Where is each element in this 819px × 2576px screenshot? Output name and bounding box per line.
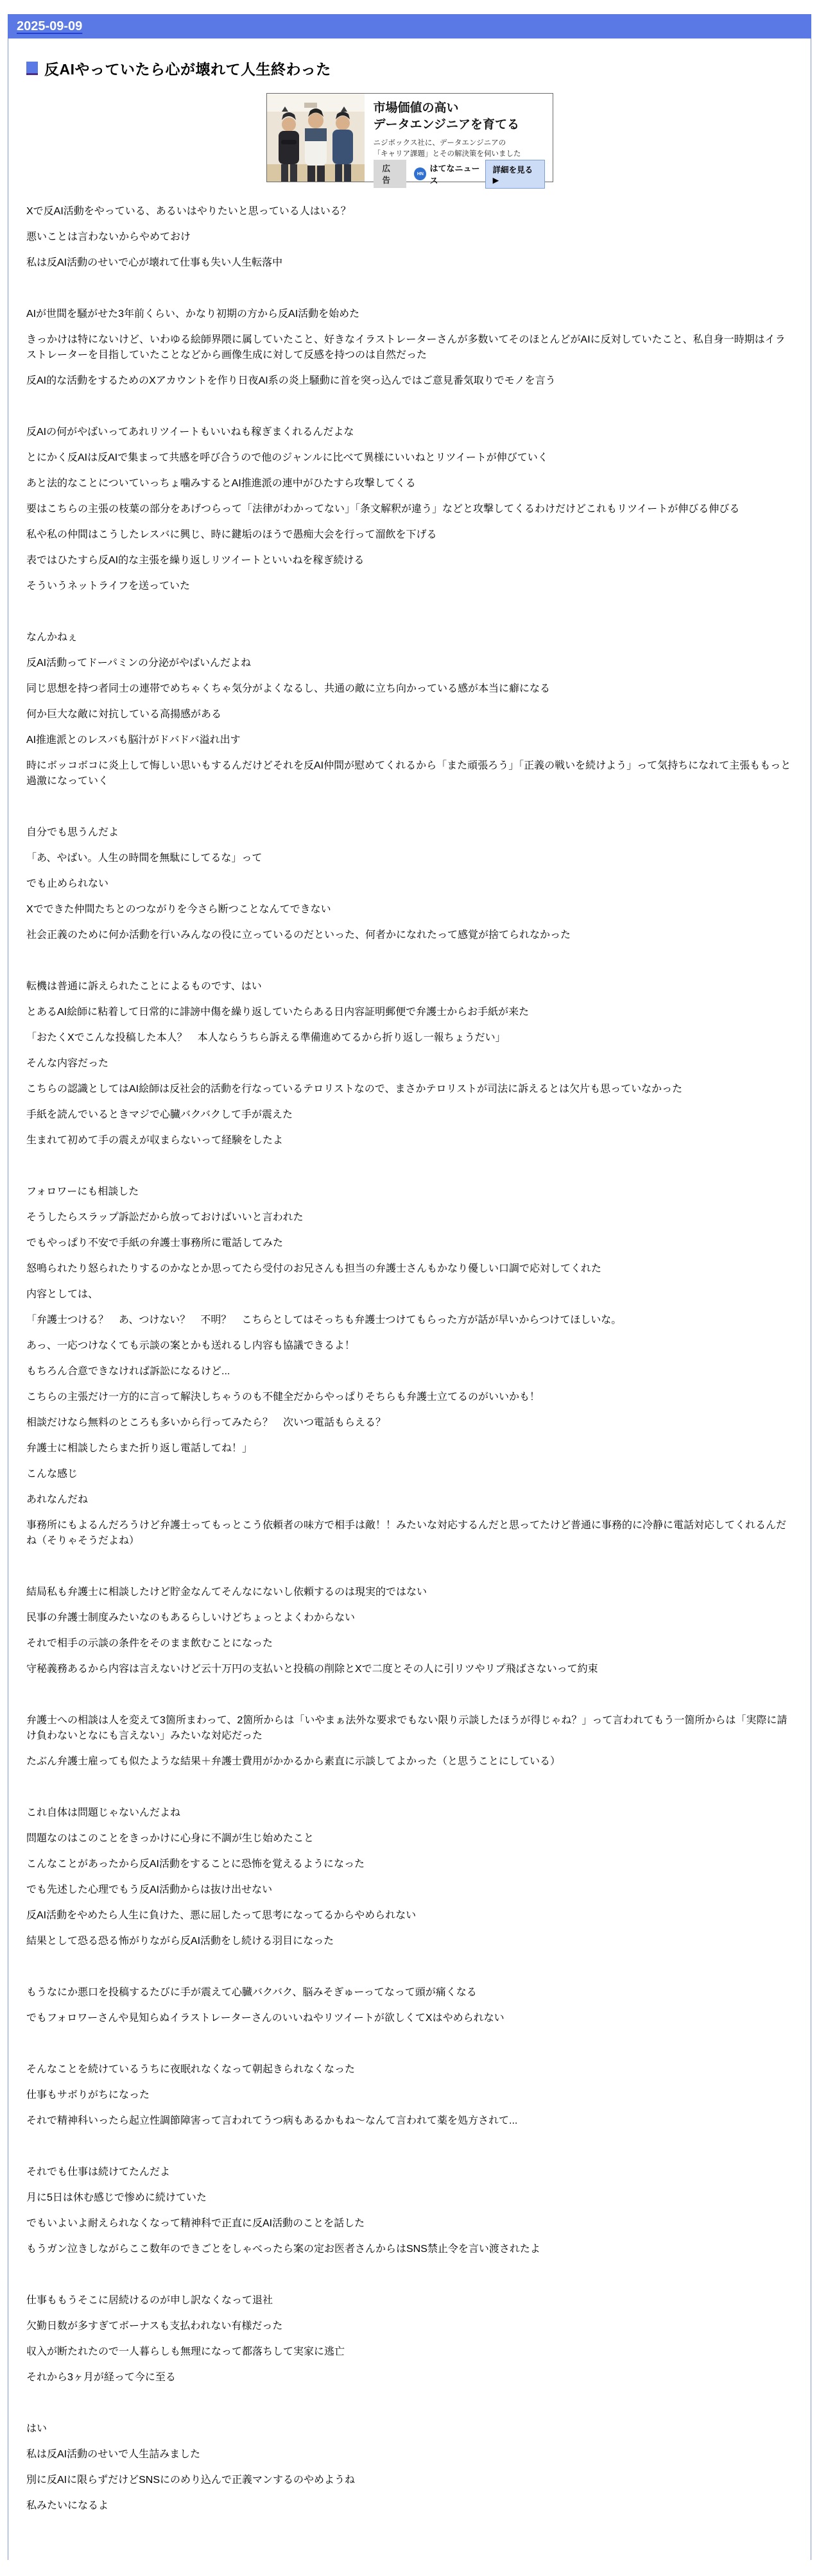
paragraph: フォロワーにも相談した xyxy=(26,1184,793,1200)
paragraph: こんなことがあったから反AI活動をすることに恐怖を覚えるようになった xyxy=(26,1857,793,1872)
ad-headline-line2: データエンジニアを育てる xyxy=(374,117,545,133)
paragraph: 内容としては、 xyxy=(26,1287,793,1302)
paragraph: これ自体は問題じゃないんだよね xyxy=(26,1805,793,1821)
paragraph: それで精神科いったら起立性調節障害って言われてうつ病もあるかもね～なんて言われて… xyxy=(26,2113,793,2129)
paragraph: 相談だけなら無料のところも多いから行ってみたら？ 次いつ電話もらえる？ xyxy=(26,1415,793,1431)
paragraph: 要はこちらの主張の枝葉の部分をあげつらって「法律がわかってない」「条文解釈が違う… xyxy=(26,502,793,517)
paragraph: 結局私も弁護士に相談したけど貯金なんてそんなにないし依頼するのは現実的ではない xyxy=(26,1585,793,1600)
paragraph: 転機は普通に訴えられたことによるものです、はい xyxy=(26,979,793,994)
paragraph: こちらの認識としてはAI絵師は反社会的活動を行なっているテロリストなので、まさか… xyxy=(26,1082,793,1097)
paragraph: 社会正義のために何か活動を行いみんなの役に立っているのだといった、何者かになれた… xyxy=(26,928,793,943)
article-body: Xで反AI活動をやっている、あるいはやりたいと思っている人はいる？悪いことは言わ… xyxy=(26,204,793,2514)
ad-description-line1: ニジボックス社に、データエンジニアの xyxy=(374,138,545,149)
paragraph: はい xyxy=(26,2421,793,2437)
paragraph: 収入が断たれたので一人暮らしも無理になって都落ちして実家に逃亡 xyxy=(26,2344,793,2360)
permalink-square-icon[interactable] xyxy=(26,62,38,75)
paragraph: あれなんだね xyxy=(26,1492,793,1508)
paragraph: でも止められない xyxy=(26,876,793,892)
entry-title-row: 反AIやっていたら心が壊れて人生終わった xyxy=(26,38,793,79)
entry-title: 反AIやっていたら心が壊れて人生終わった xyxy=(44,58,331,79)
paragraph: 表ではひたすら反AI的な主張を繰り返しリツイートといいねを稼ぎ続ける xyxy=(26,553,793,568)
paragraph: でもやっぱり不安で手紙の弁護士事務所に電話してみた xyxy=(26,1236,793,1251)
date-link[interactable]: 2025-09-09 xyxy=(17,19,82,34)
paragraph: 「弁護士つける？ あ、つけない？ 不明？ こちらとしてはそっちも弁護士つけてもら… xyxy=(26,1313,793,1328)
ad-description: ニジボックス社に、データエンジニアの 「キャリア課題」とその解決策を伺いました xyxy=(374,138,545,159)
paragraph: 仕事もサボりがちになった xyxy=(26,2088,793,2103)
hatena-news-brand-name: はてなニュース xyxy=(429,162,485,186)
ad-bottom-row: 広告 HN はてなニュース 詳細を見る▶ xyxy=(374,160,545,189)
paragraph: AIが世間を騒がせた3年前くらい、かなり初期の方から反AI活動を始めた xyxy=(26,307,793,322)
paragraph: でもいよいよ耐えられなくなって精神科で正直に反AI活動のことを話した xyxy=(26,2216,793,2231)
paragraph: 反AI活動ってドーパミンの分泌がやばいんだよね xyxy=(26,656,793,671)
ad-photo-three-men xyxy=(267,94,365,182)
paragraph: そんな内容だった xyxy=(26,1056,793,1071)
paragraph: 私みたいになるよ xyxy=(26,2498,793,2514)
paragraph: 私は反AI活動のせいで人生詰みました xyxy=(26,2447,793,2462)
paragraph: もうなにか悪口を投稿するたびに手が震えて心臓バクバク、脳みそぎゅーってなって頭が… xyxy=(26,1985,793,2000)
paragraph: でもフォロワーさんや見知らぬイラストレーターさんのいいねやリツイートが欲しくてX… xyxy=(26,2011,793,2026)
ad-banner[interactable]: 市場価値の高い データエンジニアを育てる ニジボックス社に、データエンジニアの … xyxy=(266,93,553,182)
paragraph: たぶん弁護士雇っても似たような結果＋弁護士費用がかかるから素直に示談してよかった… xyxy=(26,1754,793,1770)
paragraph: 同じ思想を持つ者同士の連帯でめちゃくちゃ気分がよくなるし、共通の敵に立ち向かって… xyxy=(26,681,793,697)
paragraph: 反AIの何がやばいってあれリツイートもいいねも稼ぎまくれるんだよな xyxy=(26,425,793,440)
paragraph: 「おたくXでこんな投稿した本人？ 本人ならうちら訴える準備進めてるから折り返し一… xyxy=(26,1030,793,1046)
paragraph: AI推進派とのレスバも脳汁がドバドバ溢れ出す xyxy=(26,733,793,748)
paragraph: 反AI活動をやめたら人生に負けた、悪に屈したって思考になってるからやめられない xyxy=(26,1908,793,1923)
paragraph: 「あ、やばい。人生の時間を無駄にしてるな」って xyxy=(26,851,793,866)
ad-headline-line1: 市場価値の高い xyxy=(374,100,545,117)
paragraph: 悪いことは言わないからやめておけ xyxy=(26,230,793,245)
paragraph: Xで反AI活動をやっている、あるいはやりたいと思っている人はいる？ xyxy=(26,204,793,219)
paragraph: こんな感じ xyxy=(26,1467,793,1482)
paragraph: そんなことを続けているうちに夜眠れなくなって朝起きられなくなった xyxy=(26,2062,793,2077)
paragraph: 月に5日は休む感じで惨めに続けていた xyxy=(26,2190,793,2206)
paragraph: 私や私の仲間はこうしたレスバに興じ、時に鍵垢のほうで愚痴大会を行って溜飲を下げる xyxy=(26,527,793,543)
paragraph: こちらの主張だけ一方的に言って解決しちゃうのも不健全だからやっぱりそちらも弁護士… xyxy=(26,1390,793,1405)
paragraph: あと法的なことについていっちょ噛みするとAI推進派の連中がひたすら攻撃してくる xyxy=(26,476,793,491)
paragraph: 私は反AI活動のせいで心が壊れて仕事も失い人生転落中 xyxy=(26,255,793,271)
paragraph: それで相手の示談の条件をそのまま飲むことになった xyxy=(26,1636,793,1651)
paragraph: とあるAI絵師に粘着して日常的に誹謗中傷を繰り返していたらある日内容証明郵便で弁… xyxy=(26,1005,793,1020)
paragraph: 自分でも思うんだよ xyxy=(26,825,793,840)
paragraph: Xでできた仲間たちとのつながりを今さら断つことなんてできない xyxy=(26,902,793,917)
paragraph: それでも仕事は続けてたんだよ xyxy=(26,2165,793,2180)
paragraph: 生まれて初めて手の震えが収まらないって経験をしたよ xyxy=(26,1133,793,1148)
paragraph: 守秘義務あるから内容は言えないけど云十万円の支払いと投稿の削除とXで二度とその人… xyxy=(26,1662,793,1677)
paragraph: そういうネットライフを送っていた xyxy=(26,579,793,594)
paragraph: 手紙を読んでいるときマジで心臓バクバクして手が震えた xyxy=(26,1107,793,1123)
paragraph: 欠勤日数が多すぎてボーナスも支払われない有様だった xyxy=(26,2319,793,2334)
ad-cta-button[interactable]: 詳細を見る▶ xyxy=(485,160,545,189)
paragraph: そうしたらスラップ訴訟だから放っておけばいいと言われた xyxy=(26,1210,793,1225)
paragraph: とにかく反AIは反AIで集まって共感を呼び合うので他のジャンルに比べて異様にいい… xyxy=(26,450,793,466)
ad-headline: 市場価値の高い データエンジニアを育てる xyxy=(374,100,545,133)
paragraph: それから3ヶ月が経って今に至る xyxy=(26,2370,793,2385)
paragraph: 事務所にもよるんだろうけど弁護士ってもっとこう依頼者の味方で相手は敵！！みたいな… xyxy=(26,1518,793,1549)
date-header-band: 2025-09-09 xyxy=(8,14,811,38)
paragraph: 結果として恐る恐る怖がりながら反AI活動をし続ける羽目になった xyxy=(26,1934,793,1949)
paragraph: もうガン泣きしながらここ数年のできごとをしゃべったら案の定お医者さんからはSNS… xyxy=(26,2242,793,2257)
paragraph: もちろん合意できなければ訴訟になるけど... xyxy=(26,1364,793,1379)
paragraph: 時にボッコボコに炎上して悔しい思いもするんだけどそれを反AI仲間が慰めてくれるか… xyxy=(26,758,793,789)
paragraph: きっかけは特にないけど、いわゆる絵師界隈に属していたこと、好きなイラストレーター… xyxy=(26,332,793,363)
paragraph: 反AI的な活動をするためのXアカウントを作り日夜AI系の炎上騒動に首を突っ込んで… xyxy=(26,373,793,389)
paragraph: あっ、一応つけなくても示談の案とかも送れるし内容も協議できるよ！ xyxy=(26,1338,793,1354)
paragraph: 怒鳴られたり怒られたりするのかなとか思ってたら受付のお兄さんも担当の弁護士さんも… xyxy=(26,1261,793,1277)
ad-text-area: 市場価値の高い データエンジニアを育てる ニジボックス社に、データエンジニアの … xyxy=(365,94,553,182)
paragraph: 仕事ももうそこに居続けるのが申し訳なくなって退社 xyxy=(26,2293,793,2308)
paragraph: 弁護士に相談したらまた折り返し電話してね！」 xyxy=(26,1441,793,1456)
paragraph: 問題なのはこのことをきっかけに心身に不調が生じ始めたこと xyxy=(26,1831,793,1847)
diary-frame: 2025-09-09 反AIやっていたら心が壊れて人生終わった xyxy=(8,14,811,2560)
paragraph: 別に反AIに限らずだけどSNSにのめり込んで正義マンするのやめようね xyxy=(26,2473,793,2488)
entry-content: 反AIやっていたら心が壊れて人生終わった xyxy=(8,38,811,2560)
paragraph: 弁護士への相談は人を変えて3箇所まわって、2箇所からは「いやまぁ法外な要求でもな… xyxy=(26,1713,793,1744)
paragraph: 民事の弁護士制度みたいなのもあるらしいけどちょっとよくわからない xyxy=(26,1610,793,1626)
hatena-news-logo-icon: HN xyxy=(414,167,426,180)
paragraph: でも先述した心理でもう反AI活動からは抜け出せない xyxy=(26,1882,793,1898)
ad-description-line2: 「キャリア課題」とその解決策を伺いました xyxy=(374,149,545,160)
paragraph: なんかねぇ xyxy=(26,630,793,645)
paragraph: 何か巨大な敵に対抗している高揚感がある xyxy=(26,707,793,722)
ad-label-badge: 広告 xyxy=(374,160,407,188)
top-margin xyxy=(0,0,819,14)
